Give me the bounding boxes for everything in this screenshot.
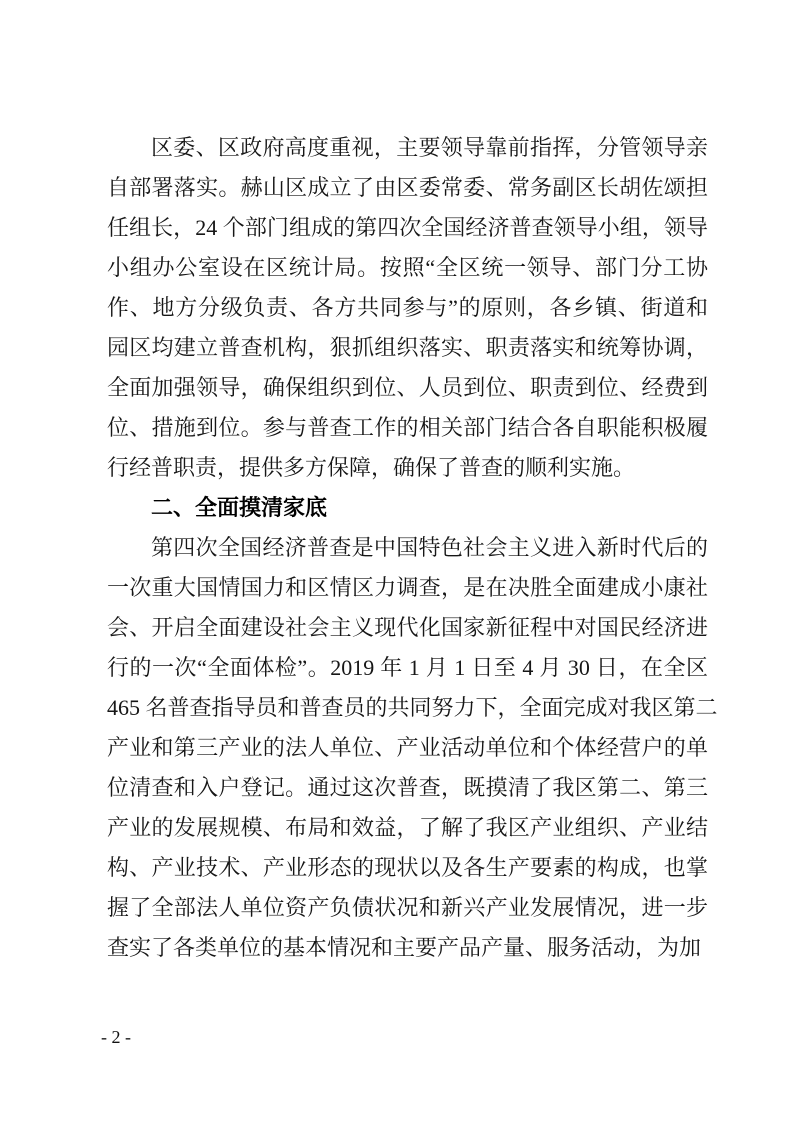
text-line: 园区均建立普查机构，狠抓组织落实、职责落实和统筹协调， xyxy=(107,328,708,368)
text-line: 位、措施到位。参与普查工作的相关部门结合各自职能积极履 xyxy=(107,408,708,448)
text-line: 位清查和入户登记。通过这次普查，既摸清了我区第二、第三 xyxy=(107,768,708,808)
text-line: 行经普职责，提供多方保障，确保了普查的顺利实施。 xyxy=(107,448,708,488)
text-line: 查实了各类单位的基本情况和主要产品产量、服务活动，为加 xyxy=(107,928,708,968)
text-line: 行的一次“全面体检”。2019 年 1 月 1 日至 4 月 30 日，在全区 xyxy=(107,648,708,688)
text-line: 小组办公室设在区统计局。按照“全区统一领导、部门分工协 xyxy=(107,248,708,288)
text-line: 全面加强领导，确保组织到位、人员到位、职责到位、经费到 xyxy=(107,368,708,408)
heading-section-2: 二、全面摸清家底 xyxy=(107,488,708,528)
document-body: 区委、区政府高度重视，主要领导靠前指挥，分管领导亲自部署落实。赫山区成立了由区委… xyxy=(107,128,708,968)
text-line: 作、地方分级负责、各方共同参与”的原则，各乡镇、街道和 xyxy=(107,288,708,328)
document-page: 区委、区政府高度重视，主要领导靠前指挥，分管领导亲自部署落实。赫山区成立了由区委… xyxy=(0,0,793,1122)
text-line: 自部署落实。赫山区成立了由区委常委、常务副区长胡佐颂担 xyxy=(107,168,708,208)
text-line: 产业的发展规模、布局和效益，了解了我区产业组织、产业结 xyxy=(107,808,708,848)
text-line: 产业和第三产业的法人单位、产业活动单位和个体经营户的单 xyxy=(107,728,708,768)
text-line: 465 名普查指导员和普查员的共同努力下，全面完成对我区第二 xyxy=(107,688,708,728)
page-number: - 2 - xyxy=(101,1026,131,1048)
text-line: 会、开启全面建设社会主义现代化国家新征程中对国民经济进 xyxy=(107,608,708,648)
text-line: 构、产业技术、产业形态的现状以及各生产要素的构成，也掌 xyxy=(107,848,708,888)
text-line: 区委、区政府高度重视，主要领导靠前指挥，分管领导亲 xyxy=(107,128,708,168)
text-line: 任组长，24 个部门组成的第四次全国经济普查领导小组，领导 xyxy=(107,208,708,248)
text-line: 第四次全国经济普查是中国特色社会主义进入新时代后的 xyxy=(107,528,708,568)
text-line: 一次重大国情国力和区情区力调查，是在决胜全面建成小康社 xyxy=(107,568,708,608)
text-line: 握了全部法人单位资产负债状况和新兴产业发展情况，进一步 xyxy=(107,888,708,928)
